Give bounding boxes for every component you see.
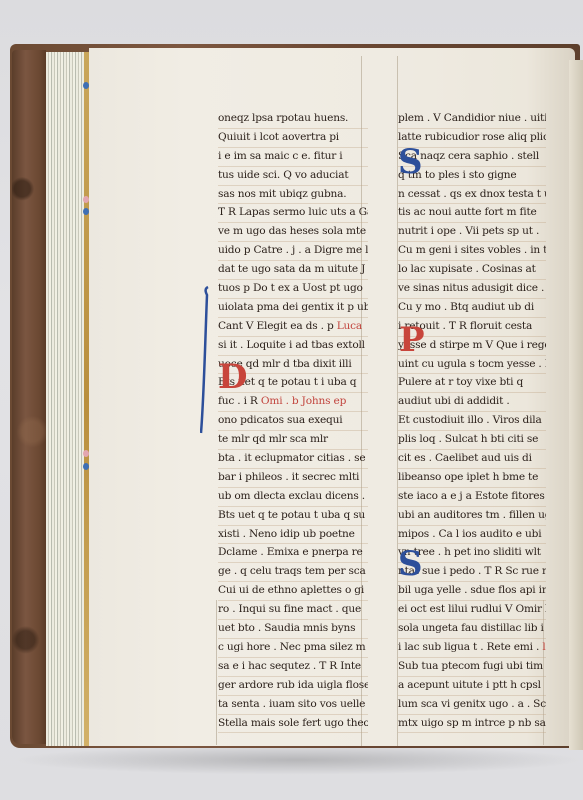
- rubric: laudis: [542, 641, 546, 653]
- red-initial-p: P: [399, 323, 425, 357]
- text-line: uiolata pma dei gentix it p ub p: [218, 299, 368, 318]
- text-line: cit es . Caelibet aud uis di: [398, 450, 546, 469]
- text-line: Cant V Elegit ea ds . p Luca: [218, 318, 368, 337]
- facing-page-edge: [569, 60, 583, 750]
- text-line: a acepunt uitute i ptt h cpsl: [398, 677, 546, 696]
- text-line: ge . q celu traqs tem per sca .: [218, 563, 368, 582]
- text-line: te mlr qd mlr sca mlr: [218, 431, 368, 450]
- text-line: tis ac noui autte fort m fite: [398, 204, 546, 223]
- text-line: ono pdicatos sua exequi: [218, 412, 368, 431]
- book-shadow: [10, 745, 583, 775]
- text-line: Pulere at r toy vixe bti q: [398, 374, 546, 393]
- left-text-column: oneqz lpsa rpotau huens.Quiuit i lcot ao…: [218, 110, 368, 733]
- text-line: Cu y mo . Btq audiut ub di: [398, 299, 546, 318]
- text-line: oneqz lpsa rpotau huens.: [218, 110, 368, 129]
- text-line: i lac sub ligua t . Rete emi . laudis: [398, 639, 546, 658]
- text-line: xisti . Neno idip ub poetne: [218, 526, 368, 545]
- text-line: Sub tua ptecom fugi ubi tim: [398, 658, 546, 677]
- text-line: Cui ui de ethno aplettes o gi: [218, 582, 368, 601]
- text-line: ub om dlecta exclau dicens .: [218, 488, 368, 507]
- text-line: mipos . Ca l ios audito e ubi: [398, 526, 546, 545]
- leather-spine: [12, 50, 46, 744]
- text-line: Stella mais sole fert ugo theotoca: [218, 715, 368, 734]
- text-line: ro . Inqui su fine mact . que: [218, 601, 368, 620]
- text-line: sola ungeta fau distillac lib i nd: [398, 620, 546, 639]
- text-line: i e im sa maic c e. fitur i: [218, 148, 368, 167]
- text-line: sa e i hac sequtez . T R Inte: [218, 658, 368, 677]
- text-line: bar i phileos . it secrec mlti: [218, 469, 368, 488]
- rubric: Omi . b Johns ep: [261, 395, 346, 407]
- rubric: Luca: [337, 320, 362, 332]
- text-line: tuos p Do t ex a Uost pt ugo: [218, 280, 368, 299]
- text-line: T R Lapas sermo luic uts a Ga: [218, 204, 368, 223]
- text-line: si it . Loquite i ad tbas extoll: [218, 337, 368, 356]
- text-line: Dclame . Emixa e pnerpa re: [218, 544, 368, 563]
- text-line: nutrit i ope . Vii pets sp ut .: [398, 223, 546, 242]
- text-line: uido p Catre . j . a Digre me la: [218, 242, 368, 261]
- text-line: bil uga yelle . sdue flos api in rete: [398, 582, 546, 601]
- text-line: Cu m geni i sites vobles . in to: [398, 242, 546, 261]
- text-line: mtx uigo sp m intrce p nb sadoi h: [398, 715, 546, 734]
- text-line: Bts uet q te potau t uba q su: [218, 507, 368, 526]
- text-line: plis loq . Sulcat h bti citi se: [398, 431, 546, 450]
- ruling-line: [216, 600, 217, 745]
- text-line: lo lac xupisate . Cosinas at: [398, 261, 546, 280]
- text-line: ei oct est lilui rudlui V Omir leta: [398, 601, 546, 620]
- text-line: plem . V Candidior niue . uitidior: [398, 110, 546, 129]
- text-line: libeanso ope iplet h bme te: [398, 469, 546, 488]
- text-line: lum sca vi genitx ugo . a . Sca vige: [398, 696, 546, 715]
- text-line: ubi an auditores tm . fillen ug: [398, 507, 546, 526]
- text-line: ve sinas nitus adusigit dice .: [398, 280, 546, 299]
- text-line: ste iaco a e j a Estote fitores: [398, 488, 546, 507]
- text-line: ger ardore rub ida uigla flose po: [218, 677, 368, 696]
- text-line: sas nos mit ubiqz gubna.: [218, 186, 368, 205]
- page-edges: [46, 52, 84, 746]
- text-line: tus uide sci. Q vo aduciat: [218, 167, 368, 186]
- text-line: ta senta . iuam sito vos uelle stilla: [218, 696, 368, 715]
- text-line: Quiuit i lcot aovertra pi: [218, 129, 368, 148]
- text-line: dat te ugo sata da m uitute J hoste: [218, 261, 368, 280]
- text-line: Et custodiuit illo . Viros dila: [398, 412, 546, 431]
- red-initial-d: D: [218, 360, 247, 394]
- text-line: c ugi hore . Nec pma silez m: [218, 639, 368, 658]
- text-line: ve m ugo das heses sola mte i vin: [218, 223, 368, 242]
- blue-initial-s: S: [398, 547, 423, 581]
- text-line: audiut ubi di addidit .: [398, 393, 546, 412]
- text-line: uet bto . Saudia mnis byns: [218, 620, 368, 639]
- blue-initial-s: S: [398, 145, 423, 179]
- text-line: bta . it eclupmator citias . se: [218, 450, 368, 469]
- blue-flourished-initial-i: [200, 285, 210, 435]
- right-text-column: plem . V Candidior niue . uitidiorlatte …: [398, 110, 546, 733]
- text-line: n cessat . qs ex dnox testa t ue: [398, 186, 546, 205]
